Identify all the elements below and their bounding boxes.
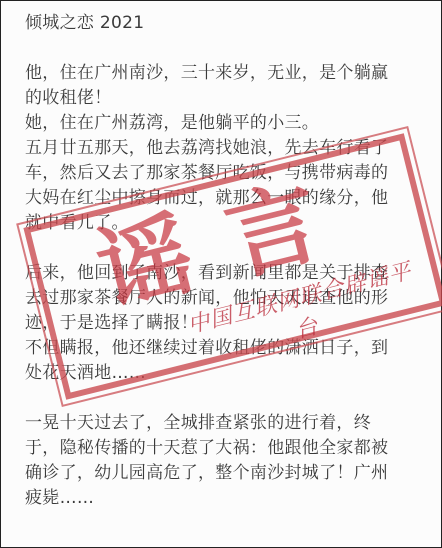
text-line: 她，住在广州荔湾，是他躺平的小三。 (25, 111, 425, 136)
text-line: 他，住在广州南沙，三十来岁，无业，是个躺赢 (25, 61, 425, 86)
text-line: 疲毙…… (25, 486, 425, 511)
text-line: 就中看儿了。 (25, 211, 425, 236)
paragraph-1: 他，住在广州南沙，三十来岁，无业，是个躺赢 的收租佬！ 她，住在广州荔湾，是他躺… (25, 61, 425, 236)
text-line: 一晃十天过去了，全城排查紧张的进行着，终 (25, 411, 425, 436)
document-frame: 倾城之恋 2021 他，住在广州南沙，三十来岁，无业，是个躺赢 的收租佬！ 她，… (0, 0, 442, 548)
document-title: 倾城之恋 2021 (25, 11, 425, 36)
text-line: 五月廿五那天，他去荔湾找她浪，先去车行看了 (25, 136, 425, 161)
text-line: 迹，于是选择了瞒报！ (25, 311, 425, 336)
text-line: 于，隐秘传播的十天惹了大祸：他跟他全家都被 (25, 436, 425, 461)
text-line: 的收租佬！ (25, 86, 425, 111)
document-body: 倾城之恋 2021 他，住在广州南沙，三十来岁，无业，是个躺赢 的收租佬！ 她，… (25, 11, 425, 511)
paragraph-2: 后来，他回到了南沙，看到新闻里都是关于排查 去过那家茶餐厅人的新闻，他怕天天追查… (25, 261, 425, 386)
text-line: 不但瞒报，他还继续过着收租佬的潇洒日子，到 (25, 336, 425, 361)
text-line: 确诊了，幼儿园高危了，整个南沙封城了！广州 (25, 461, 425, 486)
text-line: 后来，他回到了南沙，看到新闻里都是关于排查 (25, 261, 425, 286)
paragraph-3: 一晃十天过去了，全城排查紧张的进行着，终 于，隐秘传播的十天惹了大祸：他跟他全家… (25, 411, 425, 511)
paragraph-gap (25, 386, 425, 411)
text-line: 大妈在红尘中擦身而过，就那么一眼的缘分，他 (25, 186, 425, 211)
paragraph-gap (25, 236, 425, 261)
text-line: 处花天酒地…… (25, 361, 425, 386)
text-line: 车，然后又去了那家茶餐厅吃饭，与携带病毒的 (25, 161, 425, 186)
text-line: 去过那家茶餐厅人的新闻，他怕天天追查他的形 (25, 286, 425, 311)
